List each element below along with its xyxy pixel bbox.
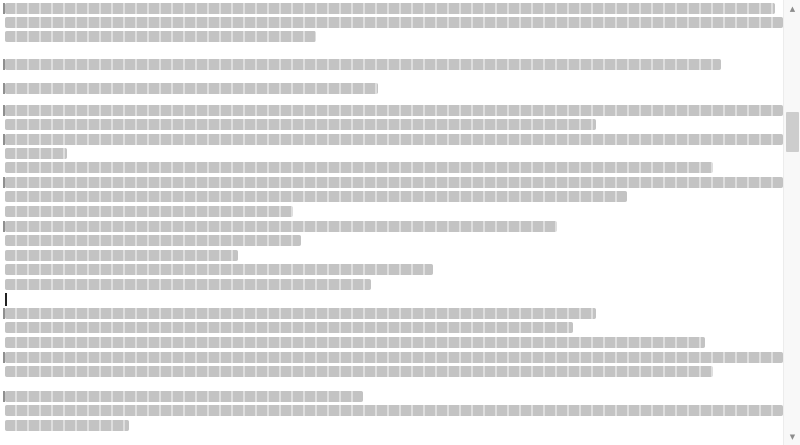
text-line-redacted — [5, 250, 238, 261]
text-line-redacted — [5, 177, 783, 188]
scrollbar-up-arrow-icon[interactable]: ▲ — [784, 0, 800, 17]
text-cursor — [5, 293, 7, 306]
text-line-redacted — [5, 420, 129, 431]
text-line-redacted — [5, 17, 783, 28]
text-line-redacted — [5, 191, 627, 202]
vertical-scrollbar[interactable]: ▲ ▼ — [783, 0, 800, 445]
text-line-redacted — [5, 264, 433, 275]
text-line-redacted — [5, 148, 67, 159]
scrollbar-thumb[interactable] — [786, 112, 799, 152]
text-line-redacted — [5, 119, 596, 130]
text-line-redacted — [5, 162, 713, 173]
text-line-redacted — [5, 308, 596, 319]
text-line-redacted — [5, 134, 783, 145]
text-line-redacted — [5, 83, 378, 94]
text-document-page: ▲ ▼ — [0, 0, 800, 445]
text-line-redacted — [5, 352, 783, 363]
text-line-redacted — [5, 206, 293, 217]
text-line-redacted — [5, 279, 371, 290]
text-line-redacted — [5, 235, 301, 246]
text-line-redacted — [5, 31, 316, 42]
text-line-redacted — [5, 405, 783, 416]
text-line-redacted — [5, 105, 783, 116]
text-line-redacted — [5, 59, 721, 70]
document-text-area[interactable] — [0, 0, 783, 445]
text-line-redacted — [5, 3, 775, 14]
scrollbar-down-arrow-icon[interactable]: ▼ — [784, 428, 800, 445]
text-line-redacted — [5, 221, 557, 232]
text-line-redacted — [5, 322, 573, 333]
text-line-redacted — [5, 366, 713, 377]
text-line-redacted — [5, 391, 363, 402]
text-line-redacted — [5, 337, 705, 348]
